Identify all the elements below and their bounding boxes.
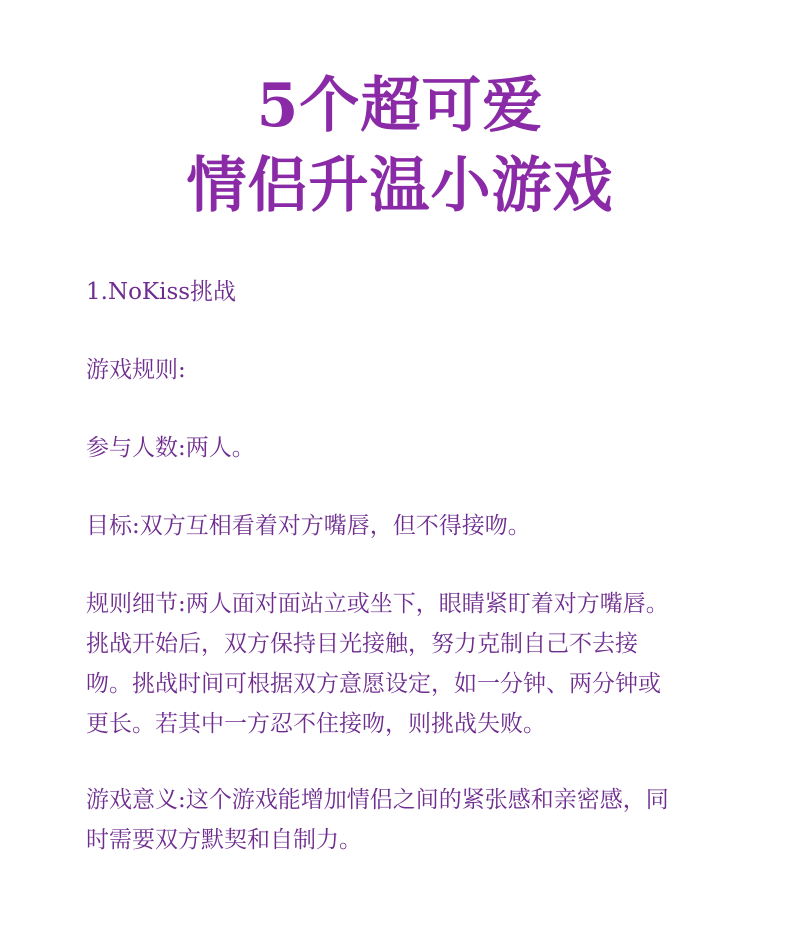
rules-label: 游戏规则: <box>86 350 726 390</box>
details-line: 挑战开始后，双方保持目光接触，努力克制自己不去接 <box>86 624 726 664</box>
details-line: 吻。挑战时间可根据双方意愿设定，如一分钟、两分钟或 <box>86 664 726 704</box>
details-paragraph: 规则细节:两人面对面站立或坐下，眼睛紧盯着对方嘴唇。 挑战开始后，双方保持目光接… <box>86 584 726 744</box>
section-heading: 1.NoKiss挑战 <box>86 272 726 312</box>
page-title-line-2: 情侣升温小游戏 <box>0 156 800 216</box>
participants-text: 参与人数:两人。 <box>86 428 726 468</box>
goal-text: 目标:双方互相看着对方嘴唇，但不得接吻。 <box>86 506 726 546</box>
details-line: 更长。若其中一方忍不住接吻，则挑战失败。 <box>86 704 726 744</box>
meaning-line: 游戏意义:这个游戏能增加情侣之间的紧张感和亲密感，同 <box>86 780 726 820</box>
meaning-paragraph: 游戏意义:这个游戏能增加情侣之间的紧张感和亲密感，同 时需要双方默契和自制力。 <box>86 780 726 860</box>
meaning-line: 时需要双方默契和自制力。 <box>86 820 726 860</box>
page-title-line-1: 5个超可爱 <box>0 76 800 136</box>
details-line: 规则细节:两人面对面站立或坐下，眼睛紧盯着对方嘴唇。 <box>86 584 726 624</box>
